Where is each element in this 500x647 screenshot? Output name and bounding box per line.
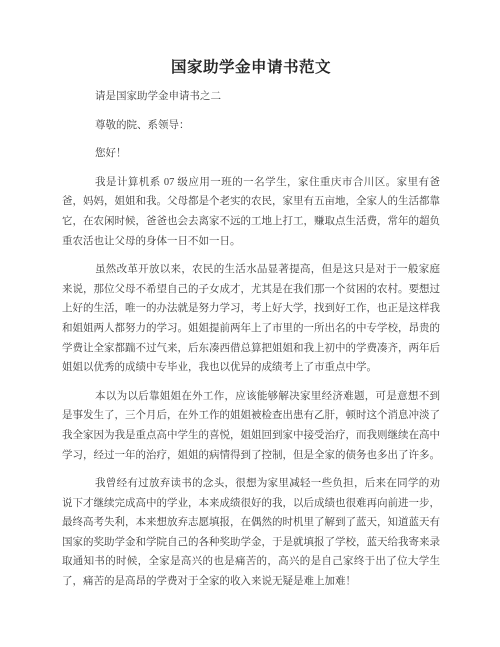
body-paragraph-sister-illness: 本以为以后靠姐姐在外工作，应该能够解决家里经济难题，可是意想不到是事发生了，三个… xyxy=(62,387,440,465)
application-document-page: 国家助学金申请书范文 请是国家助学金申请书之二 尊敬的院、系领导： 您好！ 我是… xyxy=(0,0,500,647)
body-paragraph-schooling-history: 虽然改革开放以来，农民的生活水品显著提高，但是这只是对于一般家庭来说，那位父母不… xyxy=(62,260,440,378)
salutation-line: 尊敬的院、系领导： xyxy=(62,116,440,136)
document-subtitle: 请是国家助学金申请书之二 xyxy=(62,87,440,107)
body-paragraph-family-background: 我是计算机系 07 级应用一班的一名学生，家住重庆市合川区。家里有爸爸，妈妈，姐… xyxy=(62,173,440,251)
greeting-line: 您好！ xyxy=(62,144,440,164)
body-paragraph-college-admission: 我曾经有过放弃读书的念头，很想为家里减轻一些负担，后来在同学的劝说下才继续完成高… xyxy=(62,474,440,592)
document-title: 国家助学金申请书范文 xyxy=(62,57,440,78)
